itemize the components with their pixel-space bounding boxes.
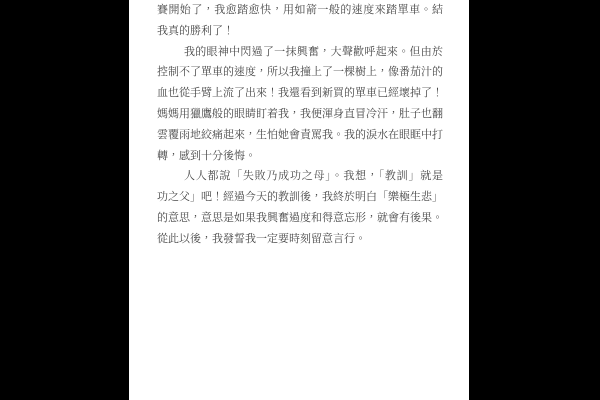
text-line: 雲覆雨地絞痛起來，生怕她會責罵我。我的淚水在眼眶中打 [157,125,443,146]
document-page: 賽開始了，我愈踏愈快，用如箭一般的速度來踏單車。結果， 我真的勝利了！ 我的眼神… [129,0,469,400]
text-line: 我的眼神中閃過了一抹興奮，大聲歡呼起來。但由於我 [157,42,443,63]
text-line: 的意思，意思是如果我興奮過度和得意忘形，就會有後果。 [157,208,443,229]
text-line: 轉，感到十分後悔。 [157,146,443,167]
text-line: 我真的勝利了！ [157,21,443,42]
viewer-background: 賽開始了，我愈踏愈快，用如箭一般的速度來踏單車。結果， 我真的勝利了！ 我的眼神… [0,0,600,400]
text-line: 血也從手臂上流了出來！我還看到新買的單車已經壞掉了！ [157,83,443,104]
text-line: 控制不了單車的速度，所以我撞上了一棵樹上，像番茄汁的 [157,62,443,83]
text-line: 人人都說「失敗乃成功之母」。我想，「教訓」就是「成 [157,166,443,187]
text-line: 賽開始了，我愈踏愈快，用如箭一般的速度來踏單車。結果， [157,0,443,21]
text-line: 功之父」吧！經過今天的教訓後，我終於明白「樂極生悲」 [157,187,443,208]
text-line: 從此以後，我發誓我一定要時刻留意言行。 [157,229,443,250]
document-text: 賽開始了，我愈踏愈快，用如箭一般的速度來踏單車。結果， 我真的勝利了！ 我的眼神… [157,0,443,250]
text-line: 媽媽用獵鷹般的眼睛盯着我，我便渾身直冒冷汗，肚子也翻 [157,104,443,125]
